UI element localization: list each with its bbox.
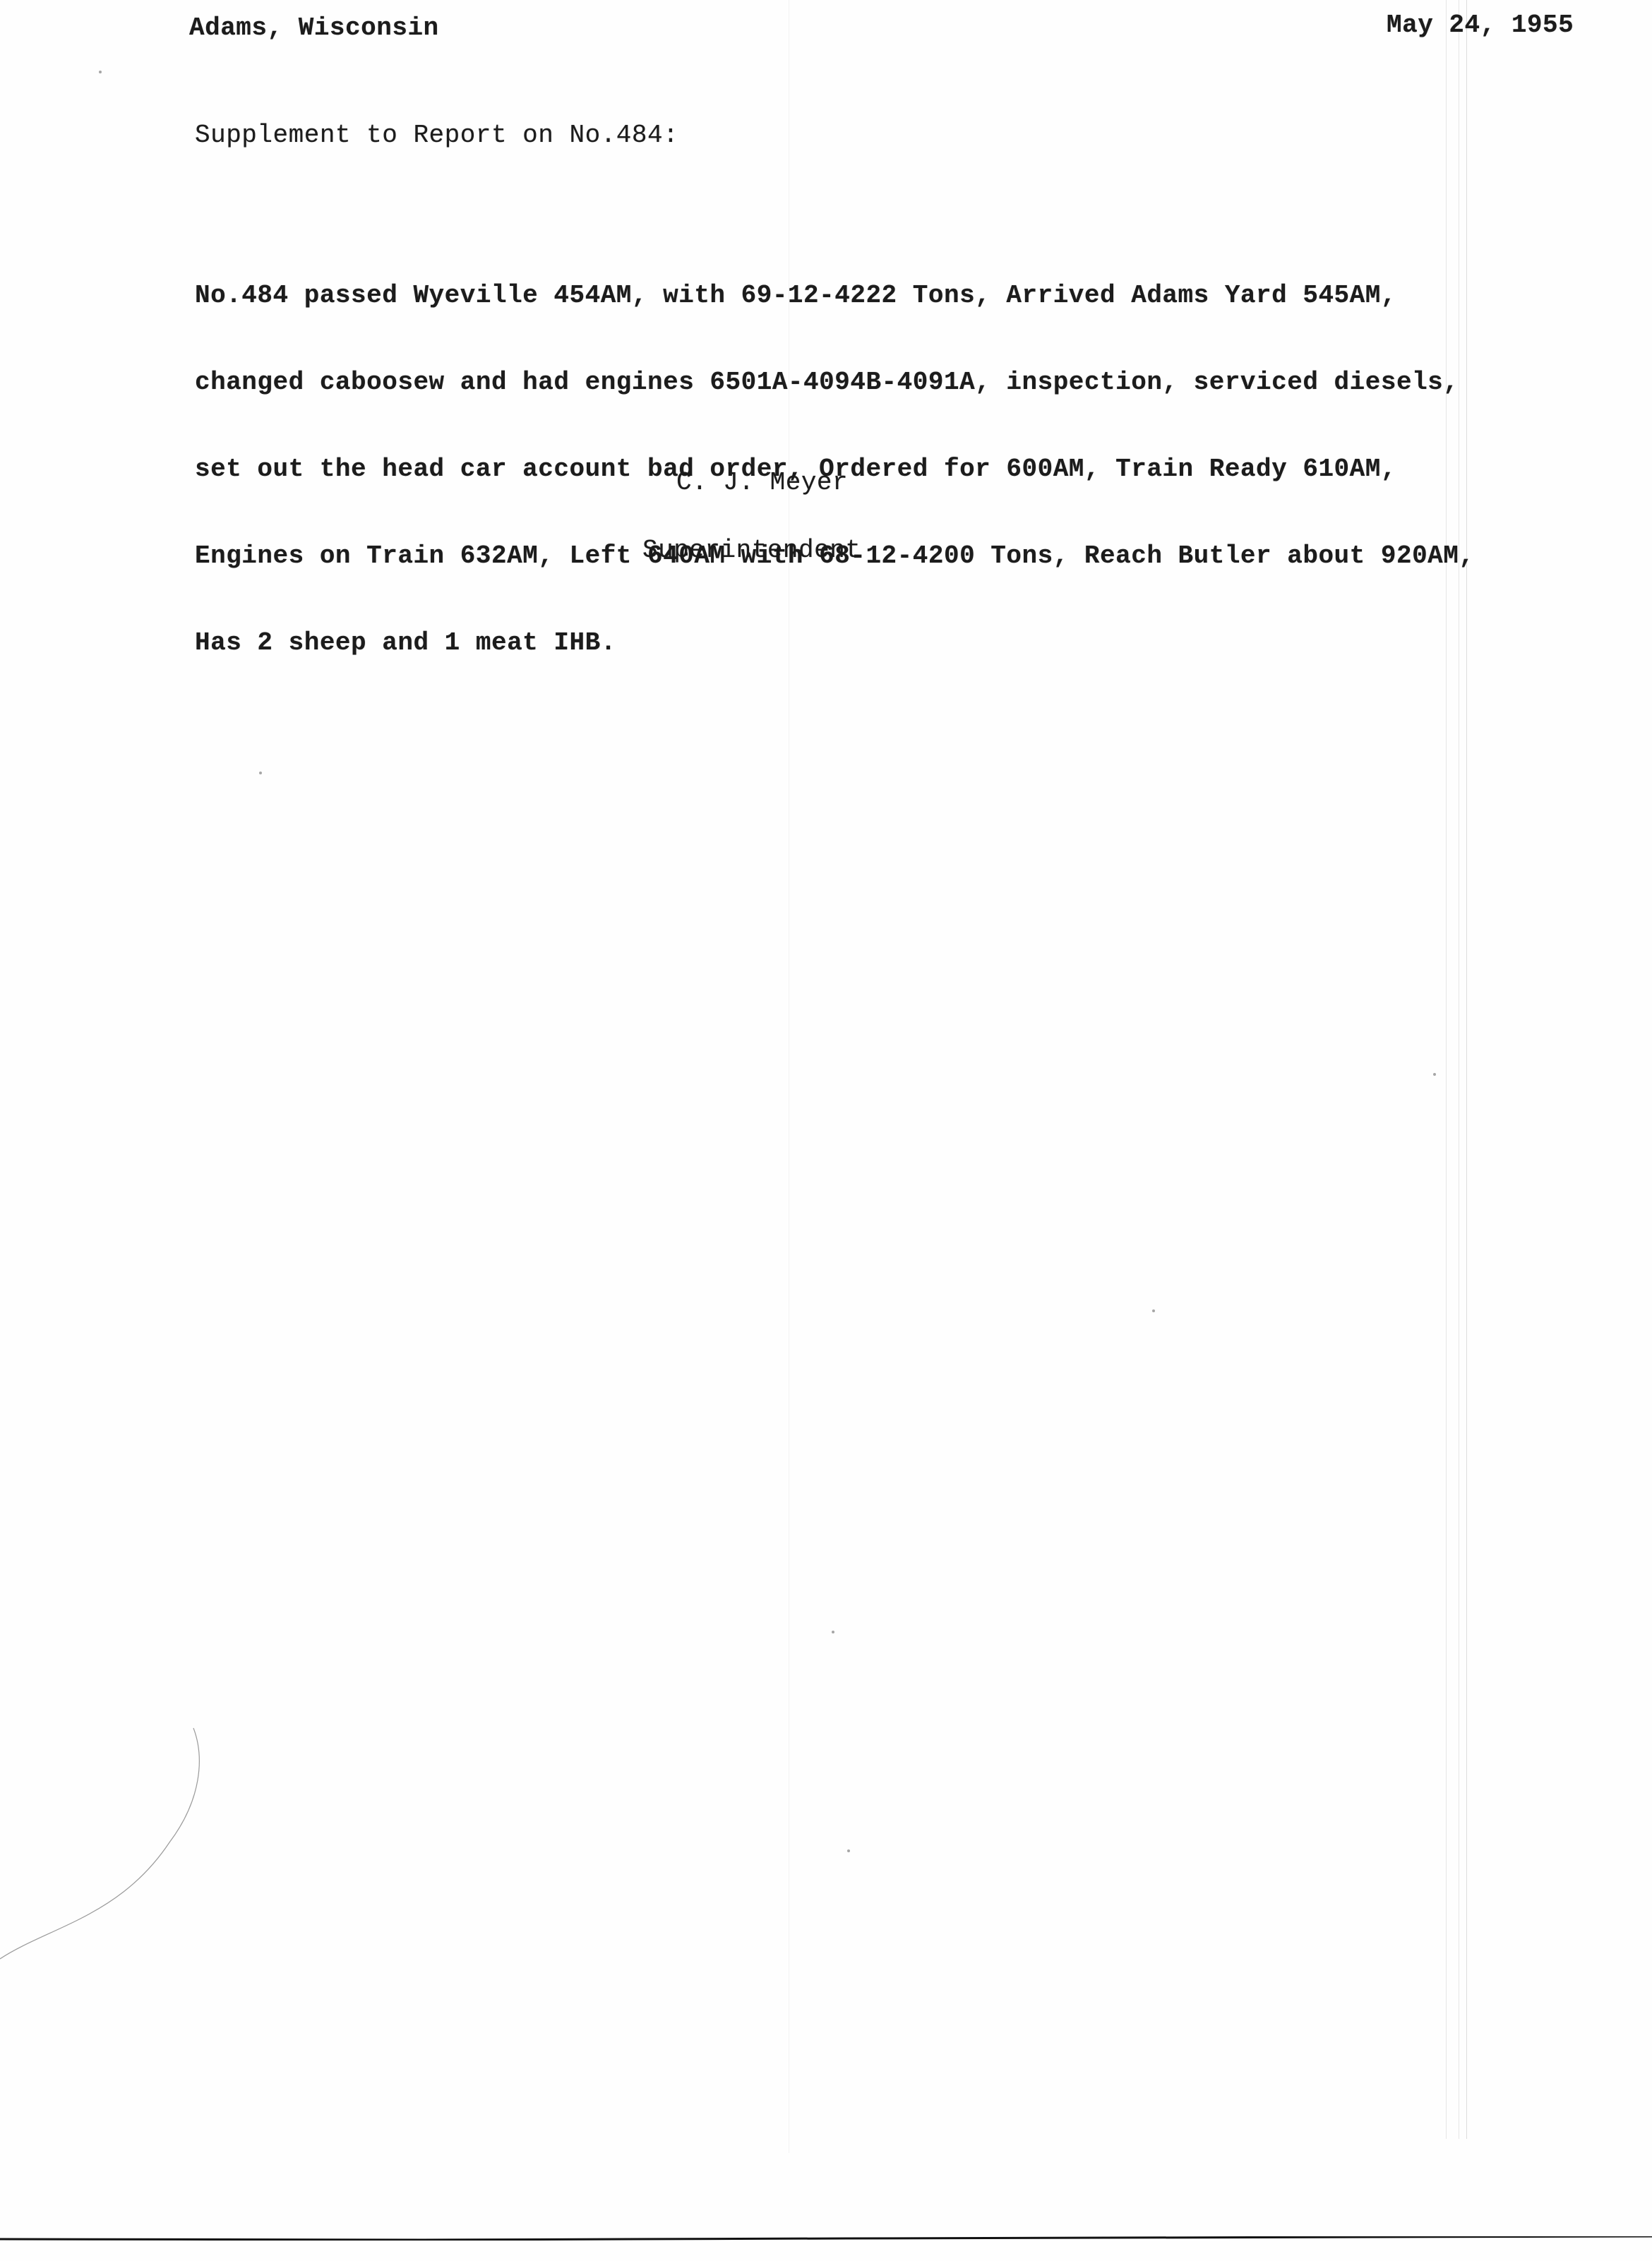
letter-subject: Supplement to Report on No.484:: [195, 121, 678, 150]
body-line: Has 2 sheep and 1 meat IHB.: [195, 628, 1475, 657]
scan-speck: [259, 772, 262, 774]
pencil-mark: [0, 1694, 247, 2012]
scan-speck: [99, 71, 102, 73]
body-line: No.484 passed Wyeville 454AM, with 69-12…: [195, 281, 1475, 310]
scan-speck: [1152, 1309, 1155, 1312]
scan-speck: [1433, 1073, 1436, 1076]
scanned-page: Adams, Wisconsin May 24, 1955 Supplement…: [0, 0, 1652, 2261]
scan-speck: [832, 1631, 834, 1633]
signature-title: Superintendent: [642, 536, 861, 565]
letter-place: Adams, Wisconsin: [189, 14, 439, 42]
scan-speck: [847, 1849, 850, 1852]
letter-date: May 24, 1955: [1387, 11, 1574, 40]
paper-bottom-edge: [0, 2236, 1652, 2241]
signature-name: C. J. Meyer: [676, 469, 848, 497]
body-line: changed caboosew and had engines 6501A-4…: [195, 368, 1475, 397]
